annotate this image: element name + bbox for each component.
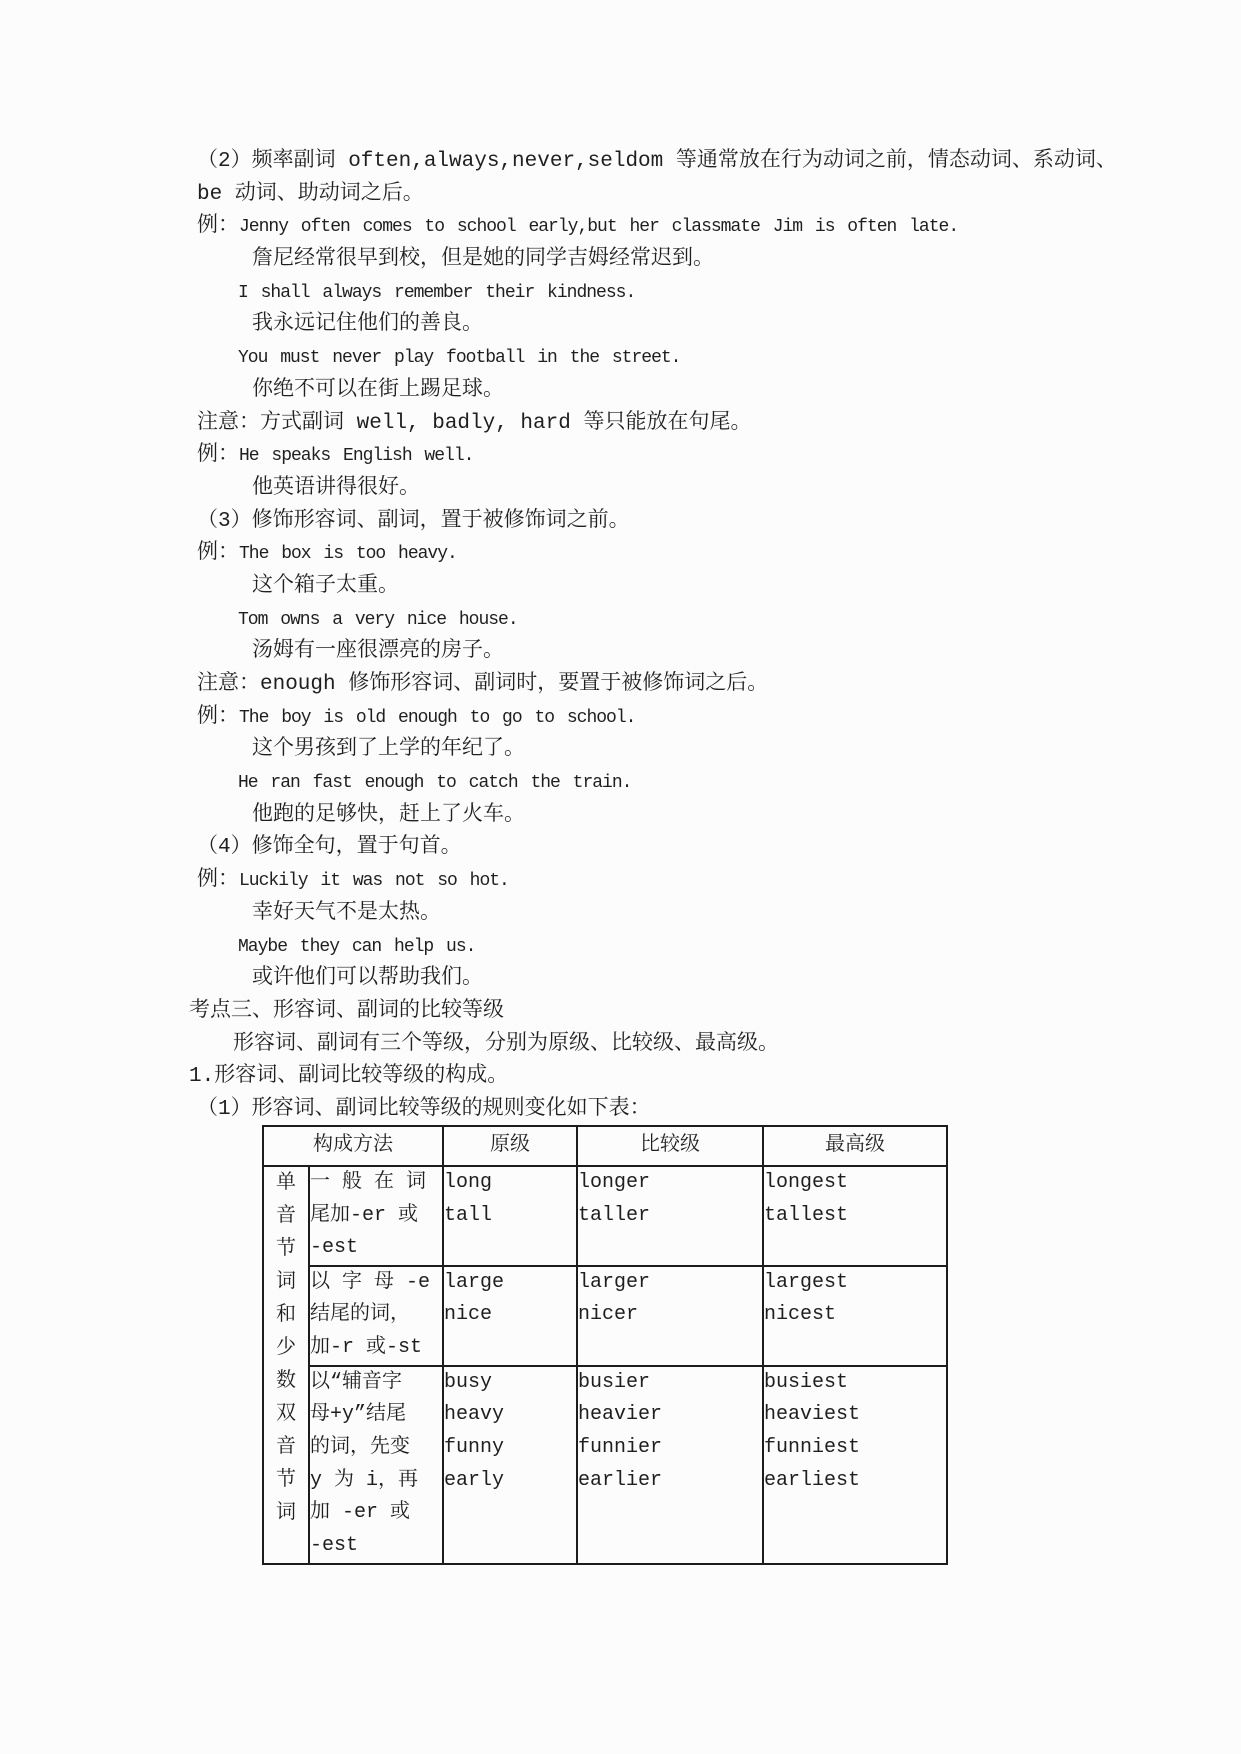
text-line: Maybe they can help us. — [0, 931, 1241, 964]
table-cell-comparative: longer taller — [577, 1166, 763, 1266]
table-cell-comparative: larger nicer — [577, 1266, 763, 1366]
table-side-label: 单 音 节 词 和 少 数 双 音 节 词 — [263, 1166, 309, 1564]
translation-zh: 这个箱子太重。 — [0, 571, 1241, 604]
note-line: 注意：方式副词 well, badly, hard 等只能放在句尾。 — [0, 408, 1241, 441]
numbered-item: 1.形容词、副词比较等级的构成。 — [0, 1061, 1241, 1094]
text-line: You must never play football in the stre… — [0, 342, 1241, 375]
example-label: 例： — [197, 706, 239, 729]
text-line: 例：He speaks English well. — [0, 440, 1241, 473]
numbered-item: （3）修饰形容词、副词，置于被修饰词之前。 — [0, 506, 1241, 539]
text-line: 例：The box is too heavy. — [0, 538, 1241, 571]
example-sentence-en: He speaks English well. — [239, 446, 473, 466]
table-cell-positive: long tall — [443, 1166, 577, 1266]
translation-zh: 他跑的足够快，赶上了火车。 — [0, 800, 1241, 833]
text-line: 例：Luckily it was not so hot. — [0, 865, 1241, 898]
table-header-superlative: 最高级 — [763, 1126, 947, 1166]
translation-zh: 你绝不可以在街上踢足球。 — [0, 375, 1241, 408]
table-cell-superlative: longest tallest — [763, 1166, 947, 1266]
example-sentence-en: The box is too heavy. — [239, 544, 457, 564]
translation-zh: 詹尼经常很早到校，但是她的同学吉姆经常迟到。 — [0, 244, 1241, 277]
translation-zh: 这个男孩到了上学的年纪了。 — [0, 734, 1241, 767]
text-line: I shall always remember their kindness. — [0, 277, 1241, 310]
example-sentence-en: I shall always remember their kindness. — [238, 283, 635, 303]
example-sentence-en: Jenny often comes to school early,but he… — [239, 217, 958, 237]
translation-zh: 我永远记住他们的善良。 — [0, 309, 1241, 342]
example-sentence-en: The boy is old enough to go to school. — [239, 708, 635, 728]
table-cell-method: 一 般 在 词 尾加-er 或 -est — [309, 1166, 443, 1266]
table-header-method: 构成方法 — [263, 1126, 443, 1166]
translation-zh: 汤姆有一座很漂亮的房子。 — [0, 636, 1241, 669]
table-cell-positive: large nice — [443, 1266, 577, 1366]
example-sentence-en: You must never play football in the stre… — [238, 348, 680, 368]
example-label: 例： — [197, 444, 239, 467]
table-row: 以“辅音字 母+y”结尾 的词，先变 y 为 i，再 加 -er 或 -est … — [263, 1366, 947, 1564]
section-heading: 考点三、形容词、副词的比较等级 — [0, 996, 1241, 1029]
example-label: 例： — [197, 869, 239, 892]
table-header-row: 构成方法 原级 比较级 最高级 — [263, 1126, 947, 1166]
document-page: （2）频率副词 often,always,never,seldom 等通常放在行… — [0, 0, 1241, 1754]
text-line: He ran fast enough to catch the train. — [0, 767, 1241, 800]
table-cell-method: 以“辅音字 母+y”结尾 的词，先变 y 为 i，再 加 -er 或 -est — [309, 1366, 443, 1564]
translation-zh: 幸好天气不是太热。 — [0, 898, 1241, 931]
table-cell-positive: busy heavy funny early — [443, 1366, 577, 1564]
table-row: 单 音 节 词 和 少 数 双 音 节 词 一 般 在 词 尾加-er 或 -e… — [263, 1166, 947, 1266]
table-row: 以 字 母 -e 结尾的词， 加-r 或-st large nice large… — [263, 1266, 947, 1366]
example-sentence-en: Tom owns a very nice house. — [238, 610, 518, 630]
text-line: 例：The boy is old enough to go to school. — [0, 702, 1241, 735]
table-cell-method: 以 字 母 -e 结尾的词， 加-r 或-st — [309, 1266, 443, 1366]
table-cell-superlative: largest nicest — [763, 1266, 947, 1366]
text-line: Tom owns a very nice house. — [0, 604, 1241, 637]
numbered-item: （4）修饰全句，置于句首。 — [0, 832, 1241, 865]
text-line: 例：Jenny often comes to school early,but … — [0, 211, 1241, 244]
note-line: 注意：enough 修饰形容词、副词时，要置于被修饰词之后。 — [0, 669, 1241, 702]
translation-zh: 他英语讲得很好。 — [0, 473, 1241, 506]
example-sentence-en: Maybe they can help us. — [238, 937, 475, 957]
table-cell-superlative: busiest heaviest funniest earliest — [763, 1366, 947, 1564]
text-line: be 动词、助动词之后。 — [0, 179, 1241, 212]
numbered-item: （1）形容词、副词比较等级的规则变化如下表： — [0, 1094, 1241, 1127]
text-line: （2）频率副词 often,always,never,seldom 等通常放在行… — [0, 146, 1241, 179]
text-block: （2）频率副词 often,always,never,seldom 等通常放在行… — [0, 146, 1241, 1127]
translation-zh: 或许他们可以帮助我们。 — [0, 963, 1241, 996]
example-sentence-en: He ran fast enough to catch the train. — [238, 773, 631, 793]
table-cell-comparative: busier heavier funnier earlier — [577, 1366, 763, 1564]
table-header-comparative: 比较级 — [577, 1126, 763, 1166]
comparison-table: 构成方法 原级 比较级 最高级 单 音 节 词 和 少 数 双 音 节 词 一 … — [262, 1125, 948, 1565]
example-sentence-en: Luckily it was not so hot. — [239, 871, 509, 891]
example-label: 例： — [197, 542, 239, 565]
paragraph-line: 形容词、副词有三个等级，分别为原级、比较级、最高级。 — [0, 1029, 1241, 1062]
example-label: 例： — [197, 215, 239, 238]
table-header-positive: 原级 — [443, 1126, 577, 1166]
